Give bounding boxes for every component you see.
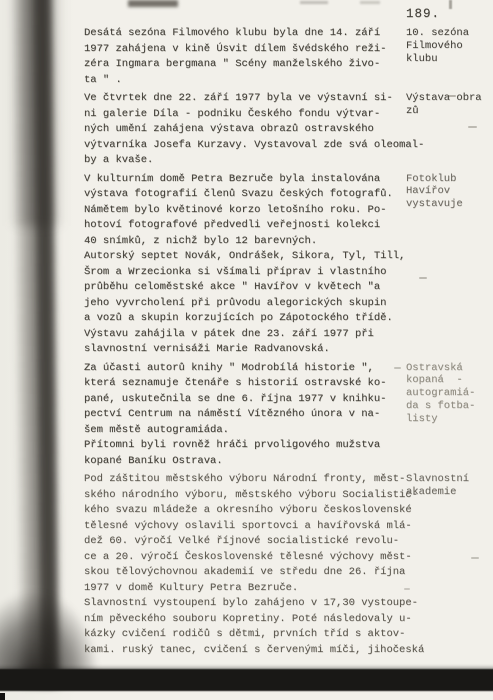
text-line: pané, uskutečnila se dne 6. října 1977 v… (84, 392, 406, 408)
margin-note-line: listy (406, 413, 486, 426)
text-line: kého svazu mládeže a okresního výboru če… (84, 503, 406, 519)
paragraph: V kulturním domě Petra Bezruče byla inst… (84, 172, 406, 358)
scan-bottom-band (0, 669, 493, 691)
text-line: šem městě autogramiáda. (84, 423, 406, 439)
text-line: 1977 zahájena v kině Úsvit dílem švédské… (84, 42, 406, 58)
margin-note: Ostravskákopaná -autogramiá-da s fotba-l… (406, 361, 486, 470)
page-number: 189. (406, 7, 440, 21)
text-line: ni galerie Díla - podniku Českého fondu … (84, 107, 406, 123)
scanned-chronicle-page: 189. Desátá sezóna Filmového klubu byla … (0, 0, 493, 700)
text-line: kami. ruský tanec, cvičení s červenými m… (84, 643, 406, 659)
text-line: průběhu celoměstské akce " Havířov v kvě… (84, 280, 406, 296)
text-line: skou tělovýchovnou akademií ve středu dn… (84, 565, 406, 581)
binding-shadow-top (6, 0, 64, 226)
text-line: V kulturním domě Petra Bezruče byla inst… (84, 172, 406, 188)
text-line: Za účasti autorů knihy " Modrobílá histo… (84, 361, 406, 377)
text-line: která seznamuje čtenáře s historií ostra… (84, 376, 406, 392)
margin-note: FotoklubHavířovvystavuje (406, 172, 486, 358)
text-line: Desátá sezóna Filmového klubu byla dne 1… (84, 26, 406, 42)
text-line: Přítomni byli rovněž hráči prvoligového … (84, 438, 406, 454)
margin-note-line: Fotoklub (406, 173, 486, 186)
margin-note: Výstava obrazů (406, 91, 486, 169)
margin-note: Slavnostníakademie (406, 472, 486, 658)
text-line: ského národního výboru, městského výboru… (84, 488, 406, 504)
paragraph: Pod záštitou městského výboru Národní fr… (84, 472, 406, 658)
scan-artifact (300, 1, 328, 4)
text-line: Ve čtvrtek dne 22. září 1977 byla ve výs… (84, 91, 406, 107)
scan-corner-mark (0, 693, 5, 700)
margin-note: 10. sezónaFilmovéhoklubu (406, 26, 486, 88)
scan-artifact (449, 0, 452, 9)
margin-note-line: kopaná - (406, 374, 486, 387)
margin-note-line: klubu (406, 53, 486, 66)
text-line: kázky cvičení rodičů s dětmi, prvních tř… (84, 627, 406, 643)
margin-note-line: Slavnostní (406, 473, 486, 486)
text-line: dež 60. výročí Velké říjnové socialistic… (84, 534, 406, 550)
margin-note-line: 10. sezóna (406, 27, 486, 40)
page-content: Desátá sezóna Filmového klubu byla dne 1… (84, 26, 486, 661)
text-line: 40 snímků, z nichž bylo 12 barevných. (84, 234, 406, 250)
scan-artifact (360, 1, 380, 4)
paragraph: Ve čtvrtek dne 22. září 1977 byla ve výs… (84, 91, 406, 169)
text-line: kopané Baníku Ostrava. (84, 454, 406, 470)
section-festive-academy: Pod záštitou městského výboru Národní fr… (84, 472, 486, 658)
paragraph: Desátá sezóna Filmového klubu byla dne 1… (84, 26, 406, 88)
text-line: tělesné výchovy oslavili sportovci a hav… (84, 519, 406, 535)
margin-note-line: Výstava obra (406, 92, 486, 105)
margin-note-line: da s fotba- (406, 400, 486, 413)
section-picture-exhibition: Ve čtvrtek dne 22. září 1977 byla ve výs… (84, 91, 486, 169)
section-film-club: Desátá sezóna Filmového klubu byla dne 1… (84, 26, 486, 88)
text-line: zéra Ingmara bergmana " Scény manželskéh… (84, 57, 406, 73)
text-line: 1977 v domě Kultury Petra Bezruče. (84, 581, 406, 597)
text-line: výtvarníka Josefa Kurzavy. Vystavoval zd… (84, 138, 406, 154)
paragraph: Za účasti autorů knihy " Modrobílá histo… (84, 361, 406, 470)
margin-note-line: vystavuje (406, 198, 486, 211)
section-autograph-session: Za účasti autorů knihy " Modrobílá histo… (84, 361, 486, 470)
text-line: pectví Centrum na náměstí Vítězného únor… (84, 407, 406, 423)
text-line: ta " . (84, 73, 406, 89)
text-line: výstava fotografií členů Svazu českých f… (84, 187, 406, 203)
text-line: Slavnostní vystoupení bylo zahájeno v 17… (84, 596, 406, 612)
margin-note-line: akademie (406, 486, 486, 499)
margin-note-line: autogramiá- (406, 387, 486, 400)
text-line: Autorský septet Novák, Ondrášek, Sikora,… (84, 249, 406, 265)
text-line: Námětem bylo květinové korzo letošního r… (84, 203, 406, 219)
text-line: jeho vyvrcholení při průvodu alegorickýc… (84, 296, 406, 312)
margin-note-line: Ostravská (406, 362, 486, 375)
text-line: Šrom a Wrzecionka si všímali příprav i v… (84, 265, 406, 281)
text-line: ných umění zahájena výstava obrazů ostra… (84, 122, 406, 138)
margin-note-line: Filmového (406, 40, 486, 53)
text-line: Pod záštitou městského výboru Národní fr… (84, 472, 406, 488)
text-line: ce a 20. výročí Československé tělesné v… (84, 550, 406, 566)
margin-note-line: zů (406, 105, 486, 118)
sections: Desátá sezóna Filmového klubu byla dne 1… (84, 26, 486, 658)
text-line: Výstavu zahájila v pátek dne 23. září 19… (84, 327, 406, 343)
text-line: by a kvaše. (84, 153, 406, 169)
margin-note-line: Havířov (406, 185, 486, 198)
text-line: hotoví fotografové předvedli veřejnosti … (84, 218, 406, 234)
text-line: ním pěveckého souboru Kopretiny. Poté ná… (84, 612, 406, 628)
text-line: slavnostní vernisáži Marie Radvanovská. (84, 342, 406, 358)
section-photo-club: V kulturním domě Petra Bezruče byla inst… (84, 172, 486, 358)
scan-artifact (128, 0, 178, 7)
text-line: a vozů a skupin korzujících po Zápotocké… (84, 311, 406, 327)
